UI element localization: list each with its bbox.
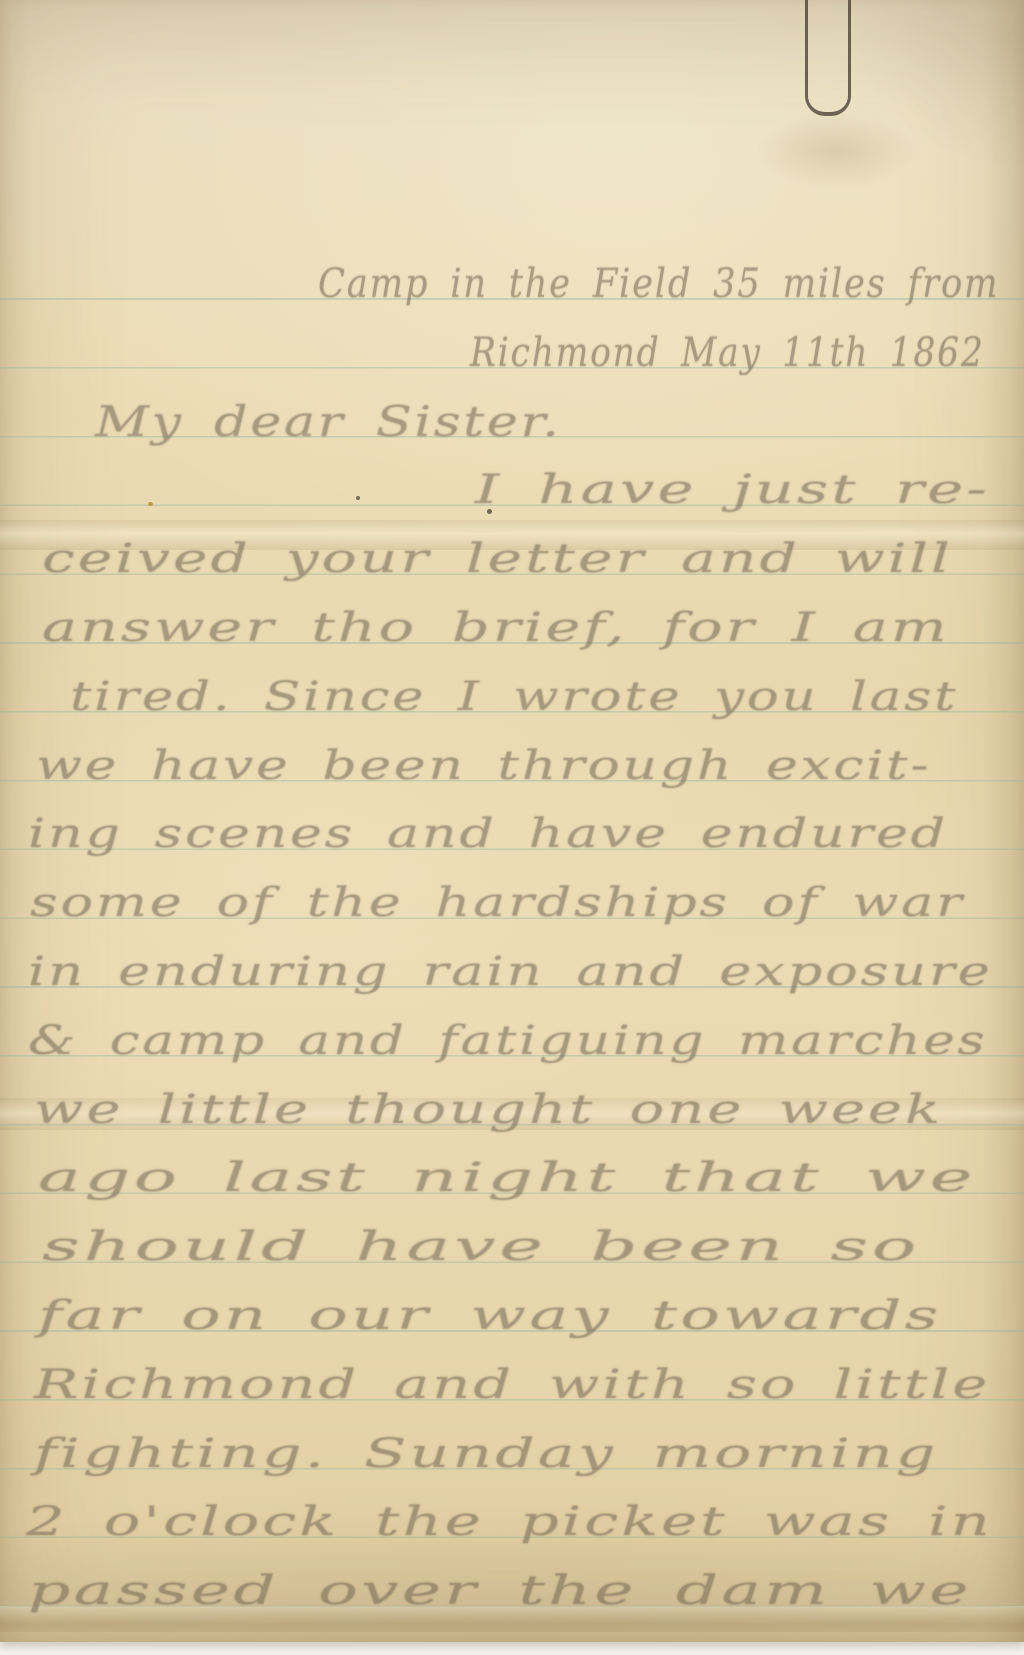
body-line: some of the hardships of war: [30, 878, 965, 928]
salutation: My dear Sister.: [95, 397, 562, 447]
body-line: we have been through excit-: [36, 741, 931, 791]
body-line: fighting. Sunday morning: [34, 1429, 938, 1479]
body-line: in enduring rain and exposure: [28, 947, 993, 997]
letter-page: Camp in the Field 35 miles fromRichmond …: [0, 0, 1024, 1642]
body-line: 2 o'clock the picket was in: [26, 1497, 993, 1547]
body-line: answer tho brief, for I am: [42, 603, 950, 653]
letter-scan: Camp in the Field 35 miles fromRichmond …: [0, 0, 1024, 1655]
body-line: ing scenes and have endured: [28, 809, 948, 859]
body-line: ceived your letter and will: [42, 534, 953, 584]
body-line: Richmond and with so little: [34, 1360, 990, 1410]
body-line: should have been so: [42, 1222, 920, 1272]
body-line: we little thought one week: [34, 1085, 943, 1135]
body-line: passed over the dam we: [28, 1566, 972, 1616]
body-line: ago last night that we: [38, 1153, 976, 1203]
body-line: I have just re-: [475, 465, 990, 515]
body-line: & camp and fatiguing marches: [28, 1016, 987, 1066]
heading-line: Richmond May 11th 1862: [470, 328, 985, 378]
body-line: tired. Since I wrote you last: [70, 672, 958, 722]
handwriting-layer: Camp in the Field 35 miles fromRichmond …: [0, 0, 1024, 1642]
body-line: far on our way towards: [38, 1291, 942, 1341]
heading-line: Camp in the Field 35 miles from: [318, 259, 999, 309]
